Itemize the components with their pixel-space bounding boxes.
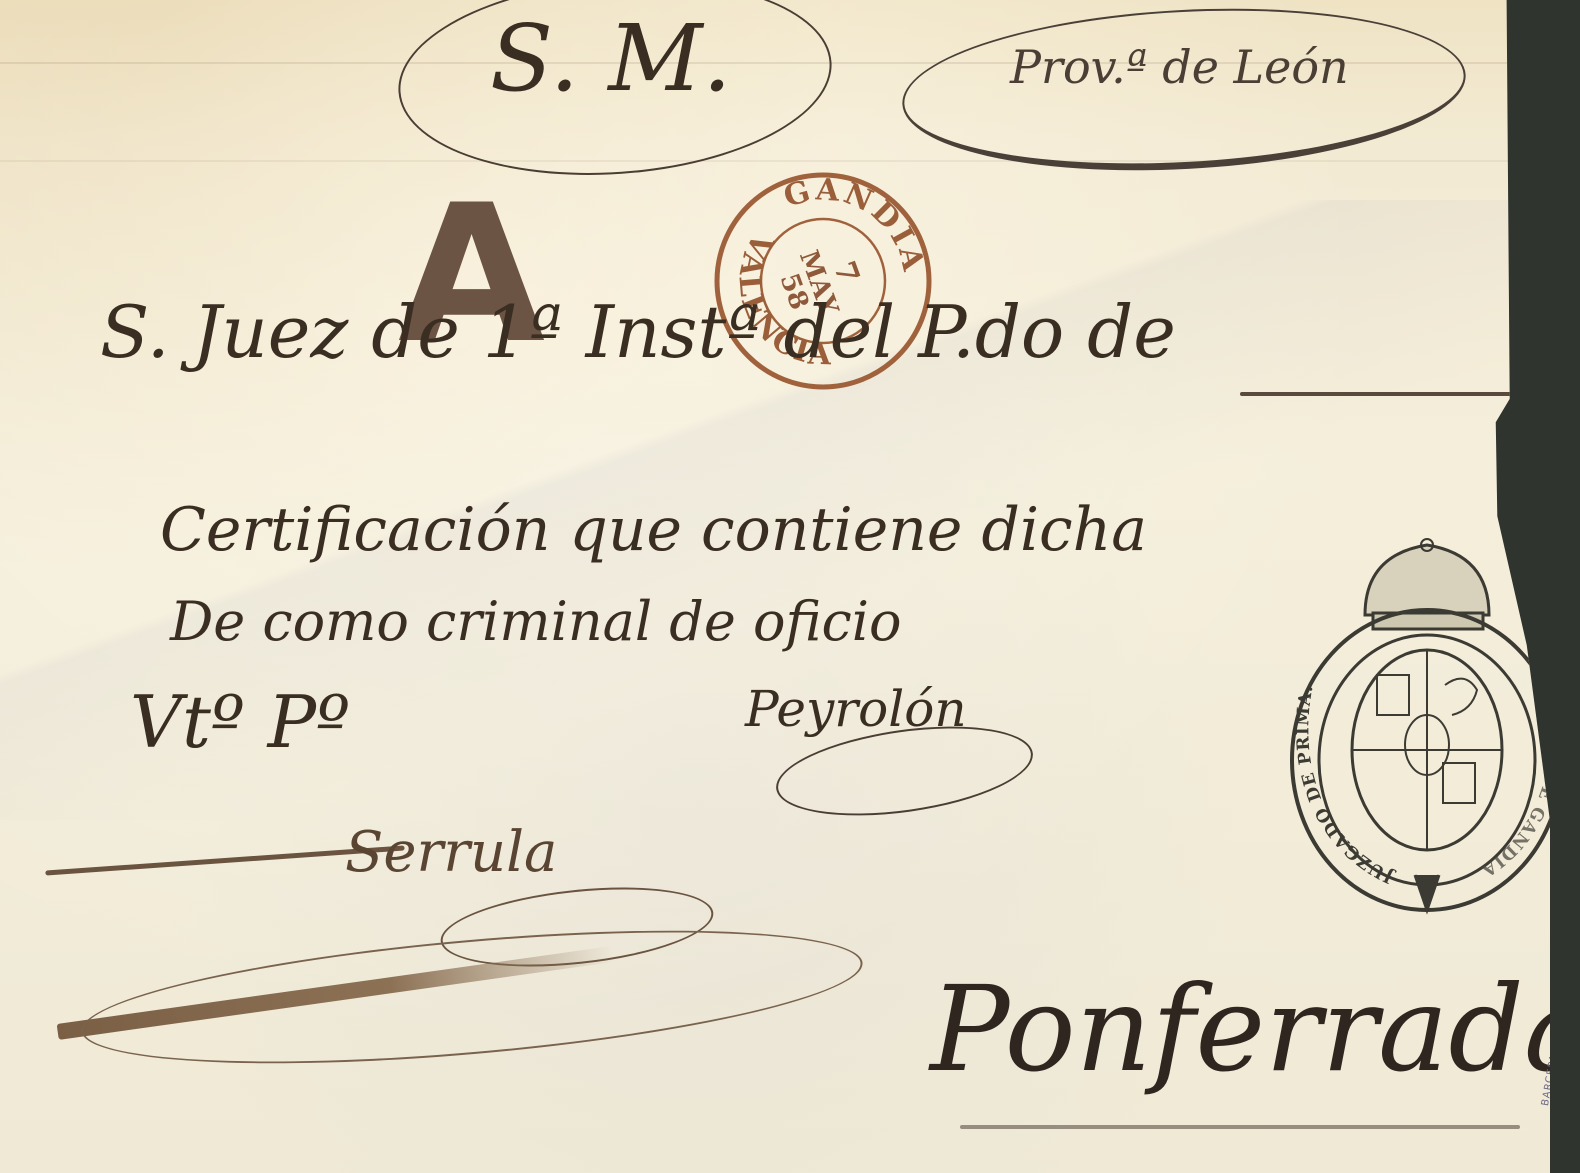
- destination-text: Ponferrada: [930, 960, 1580, 1098]
- address-line-2: Certificación que contiene dicha: [160, 495, 1147, 565]
- destination-underline: [960, 1125, 1520, 1129]
- court-seal: JUZGADO DE PRIMA. INSTA. DE GANDIA: [1285, 535, 1570, 915]
- svg-text:JUZGADO DE PRIMA.: JUZGADO DE PRIMA.: [1293, 683, 1398, 888]
- header-province-text: Prov.ª de León: [1010, 40, 1349, 94]
- svg-text:INSTA. DE GANDIA: INSTA. DE GANDIA: [1477, 689, 1566, 881]
- address-line-4-left: Vtº Pº: [130, 680, 350, 764]
- signature-text: Serrula: [345, 820, 557, 885]
- address-line-flourish: [1240, 392, 1530, 396]
- header-sm-text: S. M.: [490, 5, 732, 112]
- address-line-3: De como criminal de oficio: [170, 590, 902, 653]
- fold-line: [0, 160, 1550, 162]
- address-line-1: S. Juez de 1ª Instª del P.do de: [100, 290, 1176, 374]
- envelope-paper: S. M. Prov.ª de León A GANDIA VALENCIA: [0, 0, 1550, 1173]
- coat-of-arms-icon: JUZGADO DE PRIMA. INSTA. DE GANDIA: [1285, 535, 1570, 915]
